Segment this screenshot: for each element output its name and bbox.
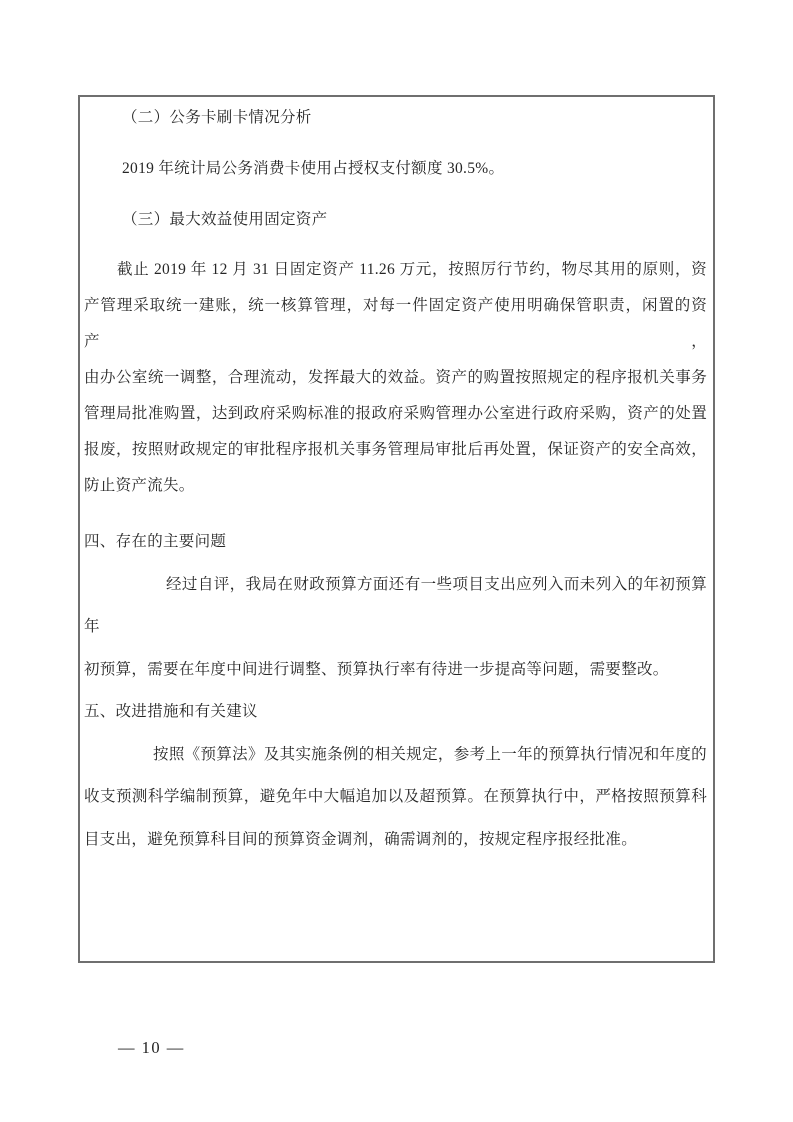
paragraph-line: 截止 2019 年 12 月 31 日固定资产 11.26 万元，按照厉行节约，… <box>84 252 707 288</box>
subheading-section-3: （三）最大效益使用固定资产 <box>84 194 707 245</box>
card-usage-section: （二）公务卡刷卡情况分析 2019 年统计局公务消费卡使用占授权支付额度 30.… <box>84 92 707 245</box>
paragraph-line: 按照《预算法》及其实施条例的相关规定，参考上一年的预算执行情况和年度的 <box>84 734 707 777</box>
paragraph-line: 经过自评，我局在财政预算方面还有一些项目支出应列入而未列入的年初预算年 <box>84 564 707 649</box>
problems-and-suggestions-section: 四、存在的主要问题 经过自评，我局在财政预算方面还有一些项目支出应列入而未列入的… <box>84 521 707 861</box>
card-usage-paragraph: 2019 年统计局公务消费卡使用占授权支付额度 30.5%。 <box>84 143 707 194</box>
page-number: — 10 — <box>118 1038 185 1058</box>
subheading-section-2: （二）公务卡刷卡情况分析 <box>84 92 707 143</box>
paragraph-line: 防止资产流失。 <box>84 468 707 504</box>
paragraph-line: 收支预测科学编制预算，避免年中大幅追加以及超预算。在预算执行中，严格按照预算科 <box>84 776 707 819</box>
paragraph-line: 管理局批准购置，达到政府采购标准的报政府采购管理办公室进行政府采购，资产的处置 <box>84 396 707 432</box>
paragraph-line: 目支出，避免预算科目间的预算资金调剂，确需调剂的，按规定程序报经批准。 <box>84 819 707 862</box>
fixed-assets-paragraph: 截止 2019 年 12 月 31 日固定资产 11.26 万元，按照厉行节约，… <box>84 252 707 504</box>
report-table-cell: （二）公务卡刷卡情况分析 2019 年统计局公务消费卡使用占授权支付额度 30.… <box>78 95 715 963</box>
paragraph-line: 由办公室统一调整，合理流动，发挥最大的效益。资产的购置按照规定的程序报机关事务 <box>84 360 707 396</box>
paragraph-line: 报废，按照财政规定的审批程序报机关事务管理局审批后再处置，保证资产的安全高效， <box>84 432 707 468</box>
document-page: （二）公务卡刷卡情况分析 2019 年统计局公务消费卡使用占授权支付额度 30.… <box>0 0 793 1122</box>
heading-section-4: 四、存在的主要问题 <box>84 521 707 564</box>
heading-section-5: 五、改进措施和有关建议 <box>84 691 707 734</box>
paragraph-line: 产管理采取统一建账，统一核算管理，对每一件固定资产使用明确保管职责，闲置的资产， <box>84 288 707 360</box>
paragraph-line: 初预算，需要在年度中间进行调整、预算执行率有待进一步提高等问题，需要整改。 <box>84 649 707 692</box>
